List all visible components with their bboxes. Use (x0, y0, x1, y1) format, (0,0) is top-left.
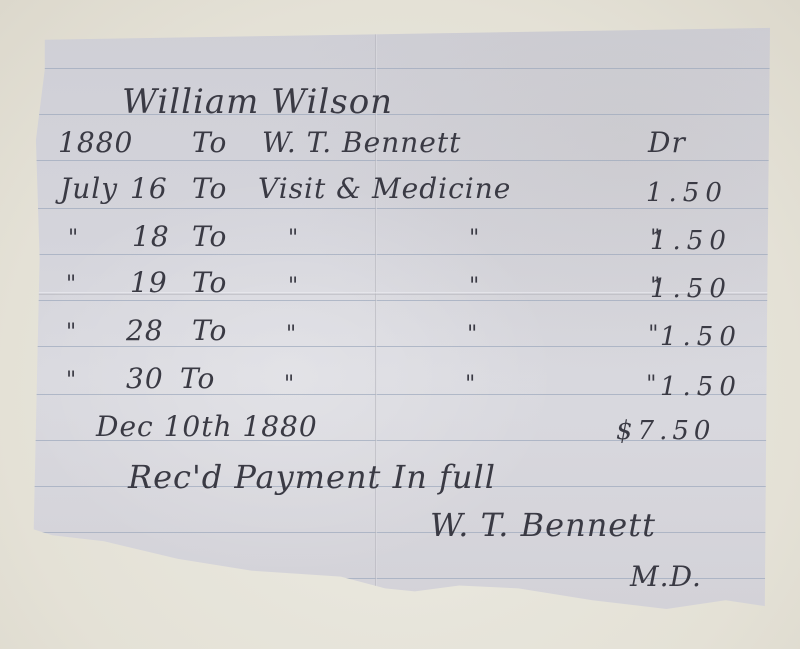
signature-name: W. T. Bennett (430, 506, 656, 544)
item-day: 16 (130, 172, 168, 205)
item-amount: 1.50 (650, 226, 732, 256)
item-month: July (60, 172, 118, 205)
to-label: To (192, 126, 227, 159)
item-month: " (68, 226, 79, 251)
ruled-line (30, 532, 770, 533)
item-description: Visit & Medicine (258, 172, 511, 205)
debit-column-label: Dr (648, 126, 686, 159)
item-amount: 1.50 (646, 178, 728, 208)
signature-title: M.D. (630, 560, 702, 593)
item-day: 28 (126, 314, 164, 347)
receipt-note: Rec'd Payment In full (128, 458, 496, 496)
total-amount: $7.50 (616, 416, 715, 446)
ruled-line (30, 160, 770, 161)
item-amount: 1.50 (650, 274, 732, 304)
ruled-line (30, 208, 770, 209)
item-month: " (66, 368, 77, 393)
creditor-name: W. T. Bennett (262, 126, 461, 159)
item-amount: 1.50 (660, 372, 742, 402)
item-prefix: To (192, 220, 227, 253)
item-month: " (66, 272, 77, 297)
item-prefix: To (180, 362, 215, 395)
item-amount: 1.50 (660, 322, 742, 352)
bill-paper: William Wilson 1880 To W. T. Bennett Dr … (30, 22, 770, 612)
item-day: 19 (130, 266, 168, 299)
ruled-line (30, 68, 770, 69)
item-month: " (66, 320, 77, 345)
item-day: 30 (126, 362, 164, 395)
settlement-date: Dec 10th 1880 (96, 410, 318, 443)
item-day: 18 (132, 220, 170, 253)
item-prefix: To (192, 266, 227, 299)
item-prefix: To (192, 172, 227, 205)
bill-year: 1880 (58, 126, 133, 159)
patient-name: William Wilson (122, 82, 393, 122)
item-prefix: To (192, 314, 227, 347)
